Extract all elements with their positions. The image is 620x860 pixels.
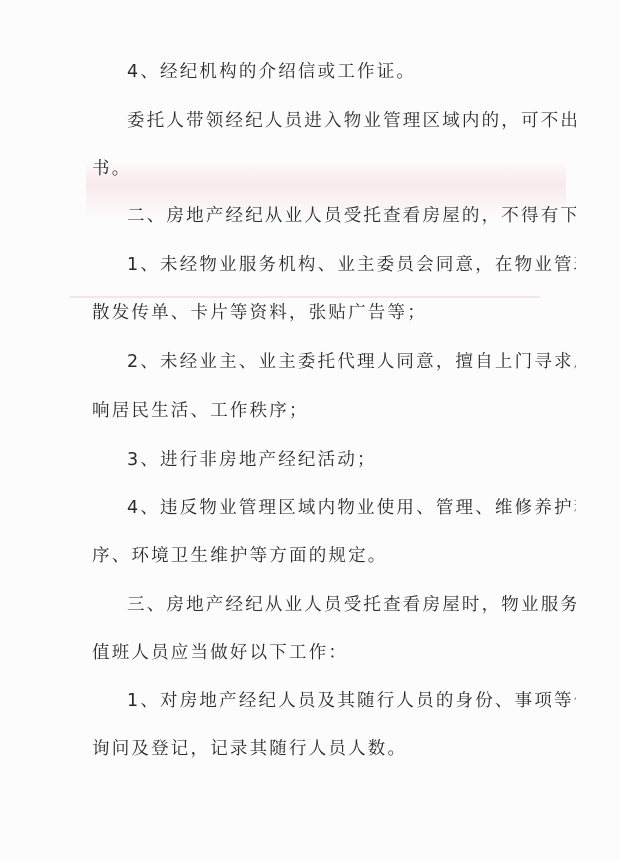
text-line: 值班人员应当做好以下工作： bbox=[92, 642, 576, 664]
text-line: 4、经纪机构的介绍信或工作证。 bbox=[127, 61, 576, 83]
text-line: 1、对房地产经纪人员及其随行人员的身份、事项等信息进行 bbox=[127, 690, 576, 712]
text-line: 委托人带领经纪人员进入物业管理区域内的，可不出示委托 bbox=[127, 110, 576, 132]
text-line: 询问及登记，记录其随行人员人数。 bbox=[92, 738, 576, 760]
section-heading: 三、房地产经纪从业人员受托查看房屋时，物业服务机构的 bbox=[127, 594, 576, 616]
text-line: 响居民生活、工作秩序； bbox=[92, 400, 576, 422]
text-line: 1、未经物业服务机构、业主委员会同意，在物业管理区域内 bbox=[127, 254, 576, 276]
text-line: 3、进行非房地产经纪活动； bbox=[127, 449, 576, 471]
text-line: 2、未经业主、业主委托代理人同意，擅自上门寻求房源，影 bbox=[127, 351, 576, 373]
bleed-through-rule bbox=[70, 296, 540, 298]
text-line: 4、违反物业管理区域内物业使用、管理、维修养护和公共秩 bbox=[127, 497, 576, 519]
text-line: 书。 bbox=[92, 158, 576, 180]
text-line: 序、环境卫生维护等方面的规定。 bbox=[92, 545, 576, 567]
document-page: 4、经纪机构的介绍信或工作证。 委托人带领经纪人员进入物业管理区域内的，可不出示… bbox=[0, 0, 620, 860]
text-line: 散发传单、卡片等资料，张贴广告等； bbox=[92, 302, 576, 324]
section-heading: 二、房地产经纪从业人员受托查看房屋的，不得有下列行为： bbox=[127, 205, 576, 227]
